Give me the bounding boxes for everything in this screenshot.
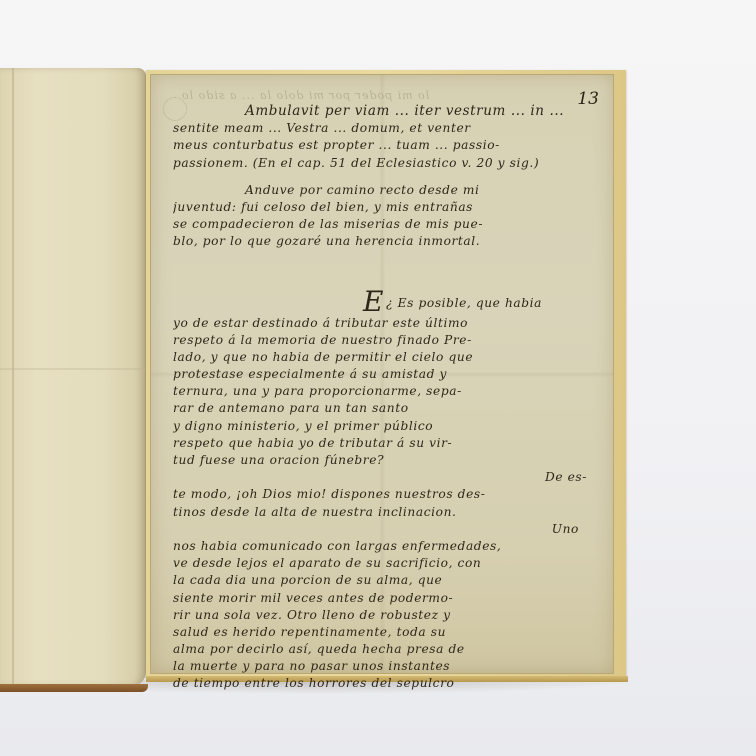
paragraph-line: protestase especialmente á su amistad y [173, 366, 597, 383]
paragraph-line: blo, por lo que gozaré una herencia inmo… [173, 233, 597, 250]
paragraph-line: lado, y que no habia de permitir el ciel… [173, 349, 597, 366]
paragraph-line: de tiempo entre los horrores del sepulcr… [173, 675, 597, 692]
epigraph-citation: passionem. (En el cap. 51 del Eclesiasti… [173, 155, 597, 172]
paragraph-line: respeto á la memoria de nuestro finado P… [173, 332, 597, 349]
paragraph-line: la muerte y para no pasar unos instantes [173, 658, 597, 675]
paragraph-line: y digno ministerio, y el primer público [173, 418, 597, 435]
paragraph-line: rir una sola vez. Otro lleno de robustez… [173, 607, 597, 624]
paragraph-line: juventud: fui celoso del bien, y mis ent… [173, 199, 597, 216]
paragraph-line: salud es herido repentinamente, toda su [173, 624, 597, 641]
paragraph-line: siente morir mil veces antes de podermo- [173, 590, 597, 607]
manuscript-page: lo mi poder por mi dolo la ... a sido lo… [150, 74, 614, 674]
epigraph-line: meus conturbatus est propter ... tuam ..… [173, 137, 597, 154]
paragraph-line: yo de estar destinado á tributar este úl… [173, 315, 597, 332]
paragraph-line: ve desde lejos el aparato de su sacrific… [173, 555, 597, 572]
paragraph-line: ¿ Es posible, que habia [386, 296, 542, 310]
paragraph-line: respeto que habia yo de tributar á su vi… [173, 435, 597, 452]
paragraph-line: Anduve por camino recto desde mi [173, 182, 597, 199]
page-fold-horizontal [0, 368, 146, 370]
epigraph-line: sentite meam ... Vestra ... domum, et ve… [173, 120, 597, 137]
epigraph-line: Ambulavit per viam ... iter vestrum ... … [173, 103, 597, 120]
paragraph-line: De es- [173, 469, 597, 486]
paragraph-line: rar de antemano para un tan santo [173, 400, 597, 417]
leather-cover-edge [0, 684, 148, 692]
paragraph-line: tinos desde la alta de nuestra inclinaci… [173, 504, 597, 521]
paragraph-line: alma por decirlo así, queda hecha presa … [173, 641, 597, 658]
ink-bleed-through: lo mi poder por mi dolo la ... a sido lo [181, 89, 429, 102]
manuscript-text: Ambulavit per viam ... iter vestrum ... … [173, 103, 597, 693]
paragraph-line: tud fuese una oracion fúnebre? [173, 452, 597, 469]
paragraph-line: te modo, ¡oh Dios mio! dispones nuestros… [173, 486, 597, 503]
paragraph-line: nos habia comunicado con largas enfermed… [173, 538, 597, 555]
paragraph-opening-line: E¿ Es posible, que habia [173, 289, 597, 315]
paragraph-line: Uno [173, 521, 597, 538]
paragraph-line: se compadecieron de las miserias de mis … [173, 216, 597, 233]
left-flyleaf-page [0, 68, 146, 686]
page-fold-vertical [12, 68, 14, 686]
ornate-drop-cap: E [363, 289, 384, 315]
paragraph-line: ternura, una y para proporcionarme, sepa… [173, 383, 597, 400]
paragraph-line: la cada dia una porcion de su alma, que [173, 572, 597, 589]
